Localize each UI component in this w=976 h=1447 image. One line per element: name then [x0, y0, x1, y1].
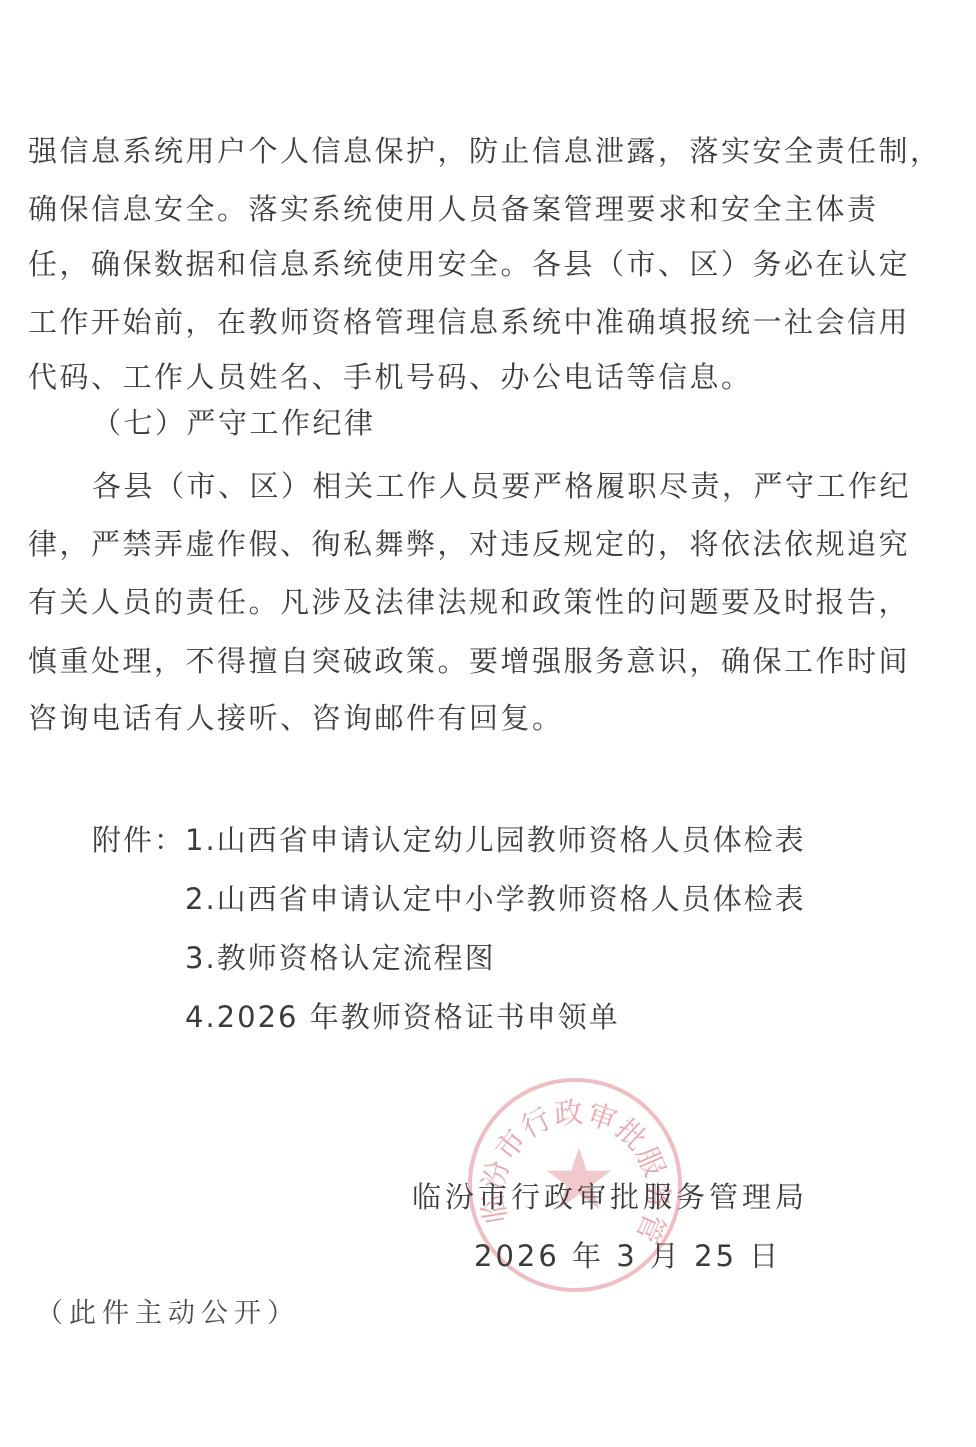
attachment-item-1: 1.山西省申请认定幼儿园教师资格人员体检表: [185, 820, 806, 860]
body-line-5: 代码、工作人员姓名、手机号码、办公电话等信息。: [28, 357, 753, 397]
body-line-3: 任，确保数据和信息系统使用安全。各县（市、区）务必在认定: [28, 244, 910, 284]
attachment-item-4: 4.2026 年教师资格证书申领单: [185, 997, 620, 1037]
section-line-2: 律，严禁弄虚作假、徇私舞弊，对违反规定的，将依法依规追究: [28, 524, 910, 564]
issuing-organization: 临汾市行政审批服务管理局: [412, 1177, 808, 1217]
attachment-item-3: 3.教师资格认定流程图: [185, 938, 496, 978]
attachment-item-2: 2.山西省申请认定中小学教师资格人员体检表: [185, 879, 806, 919]
public-disclosure-note: （此件主动公开）: [36, 1296, 300, 1332]
body-line-4: 工作开始前，在教师资格管理信息系统中准确填报统一社会信用: [28, 302, 910, 342]
section-heading: （七）严守工作纪律: [92, 403, 376, 443]
body-line-1: 强信息系统用户个人信息保护，防止信息泄露，落实安全责任制，: [28, 131, 942, 171]
section-line-3: 有关人员的责任。凡涉及法律法规和政策性的问题要及时报告，: [28, 582, 910, 622]
section-line-5: 咨询电话有人接听、咨询邮件有回复。: [28, 698, 564, 738]
issue-date: 2026 年 3 月 25 日: [474, 1236, 781, 1276]
attachments-label: 附件：: [92, 820, 185, 860]
section-line-1: 各县（市、区）相关工作人员要严格履职尽责，严守工作纪: [92, 466, 911, 506]
section-line-4: 慎重处理，不得擅自突破政策。要增强服务意识，确保工作时间: [28, 641, 910, 681]
body-line-2: 确保信息安全。落实系统使用人员备案管理要求和安全主体责: [28, 189, 879, 229]
